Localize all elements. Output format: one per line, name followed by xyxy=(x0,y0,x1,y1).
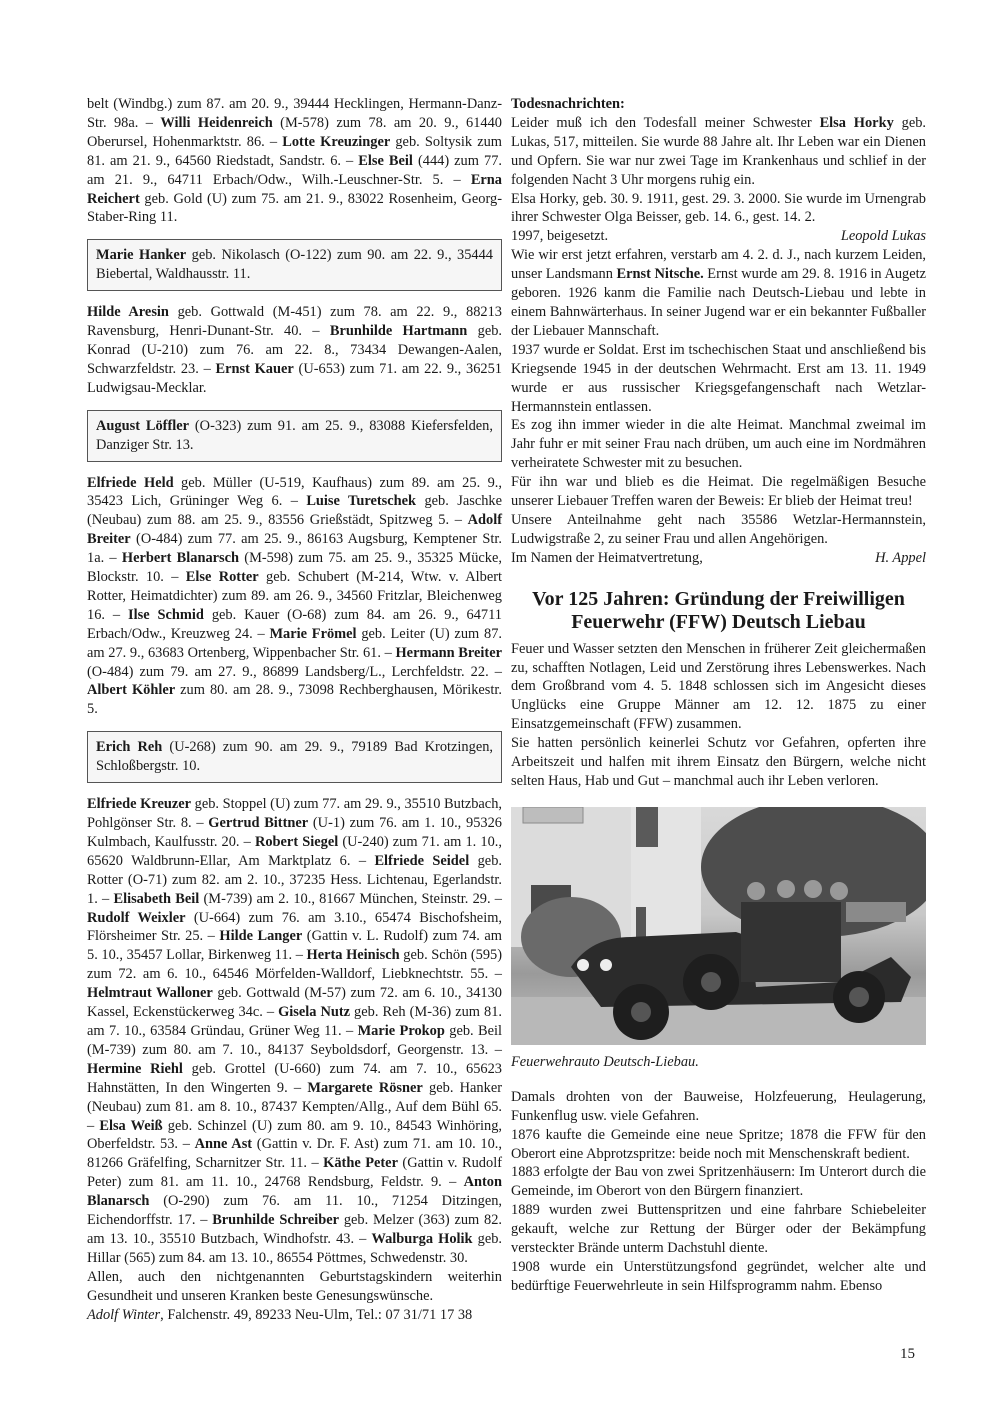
birthday-paragraph-1: belt (Windbg.) zum 87. am 20. 9., 39444 … xyxy=(87,95,502,227)
article-paragraph: Sie hatten persönlich keinerlei Schutz v… xyxy=(511,734,926,791)
person-name: Robert Siegel xyxy=(255,834,338,850)
person-name: Hilde Langer xyxy=(219,928,302,944)
person-name: Elisabeth Beil xyxy=(113,891,199,907)
page-number: 15 xyxy=(900,1346,915,1363)
article-paragraph: Damals drohten von der Bauweise, Holzfeu… xyxy=(511,1088,926,1126)
person-name: Gertrud Bittner xyxy=(208,815,308,831)
person-name: Ernst Kauer xyxy=(216,361,294,377)
jubilee-entry: Marie Hanker geb. Nikolasch (O-122) zum … xyxy=(96,246,493,284)
person-name: August Löffler xyxy=(96,418,189,434)
person-name: Ilse Schmid xyxy=(128,607,204,623)
person-name: Albert Köhler xyxy=(87,682,175,698)
jubilee-box-1: Marie Hanker geb. Nikolasch (O-122) zum … xyxy=(87,239,502,291)
obituary-paragraph: Elsa Horky, geb. 30. 9. 1911, gest. 29. … xyxy=(511,190,926,228)
signature-prefix: Im Namen der Heimatvertretung, xyxy=(511,549,703,568)
person-name: Anne Ast xyxy=(195,1136,252,1152)
fire-truck-illustration xyxy=(511,807,926,1045)
person-name: Herbert Blanarsch xyxy=(122,550,239,566)
person-name: Adolf Breiter xyxy=(87,512,502,547)
fire-truck-photo xyxy=(511,807,926,1045)
person-name: Erich Reh xyxy=(96,739,162,755)
article-paragraph: 1889 wurden zwei Buttenspritzen und eine… xyxy=(511,1201,926,1258)
signature-line: 1997, beigesetzt. Leopold Lukas xyxy=(511,227,926,246)
person-name: Ernst Nitsche. xyxy=(617,266,704,282)
right-column: Todesnachrichten: Leider muß ich den Tod… xyxy=(511,95,926,1296)
signature: H. Appel xyxy=(875,549,926,568)
birthday-paragraph-4: Elfriede Kreuzer geb. Stoppel (U) zum 77… xyxy=(87,795,502,1268)
obituary-paragraph: Für ihn war und blieb es die Heimat. Die… xyxy=(511,473,926,511)
jubilee-entry: August Löffler (O-323) zum 91. am 25. 9.… xyxy=(96,417,493,455)
person-name: Elsa Weiß xyxy=(99,1118,162,1134)
closing-wishes: Allen, auch den nichtgenannten Geburtsta… xyxy=(87,1268,502,1306)
obituaries-heading: Todesnachrichten: xyxy=(511,95,926,114)
person-name: Walburga Holik xyxy=(371,1231,472,1247)
birthday-paragraph-3: Elfriede Held geb. Müller (U-519, Kaufha… xyxy=(87,474,502,720)
person-name: Rudolf Weixler xyxy=(87,910,185,926)
signature: Leopold Lukas xyxy=(841,227,926,246)
person-name: Hermine Riehl xyxy=(87,1061,183,1077)
person-name: Brunhilde Hartmann xyxy=(330,323,467,339)
person-name: Erna Reichert xyxy=(87,172,502,207)
person-name: Elfriede Seidel xyxy=(374,853,469,869)
person-name: Käthe Peter xyxy=(323,1155,398,1171)
obituary-paragraph: Leider muß ich den Todesfall meiner Schw… xyxy=(511,114,926,190)
jubilee-entry: Erich Reh (U-268) zum 90. am 29. 9., 791… xyxy=(96,738,493,776)
obituary-text-end: 1997, beigesetzt. xyxy=(511,227,608,246)
left-column: belt (Windbg.) zum 87. am 20. 9., 39444 … xyxy=(87,95,502,1324)
article-paragraph: 1908 wurde ein Unterstützungsfond gegrün… xyxy=(511,1258,926,1296)
person-name: Luise Turetschek xyxy=(306,493,416,509)
article-paragraph: 1883 erfolgte der Bau von zwei Spritzenh… xyxy=(511,1163,926,1201)
photo-caption: Feuerwehrauto Deutsch-Liebau. xyxy=(511,1053,926,1072)
birthday-paragraph-2: Hilde Aresin geb. Gottwald (M-451) zum 7… xyxy=(87,303,502,398)
article-paragraph: Feuer und Wasser setzten den Menschen in… xyxy=(511,640,926,735)
obituary-paragraph: Es zog ihn immer wieder in die alte Heim… xyxy=(511,416,926,473)
author-name: Adolf Winter xyxy=(87,1307,160,1323)
obituary-paragraph: 1937 wurde er Soldat. Erst im tschechisc… xyxy=(511,341,926,417)
person-name: Elfriede Kreuzer xyxy=(87,796,191,812)
person-name: Marie Prokop xyxy=(358,1023,445,1039)
person-name: Herta Heinisch xyxy=(307,947,400,963)
article-paragraph: 1876 kaufte die Gemeinde eine neue Sprit… xyxy=(511,1126,926,1164)
person-name: Helmtraut Walloner xyxy=(87,985,213,1001)
person-name: Gisela Nutz xyxy=(278,1004,350,1020)
author-signature: Adolf Winter, Falchenstr. 49, 89233 Neu-… xyxy=(87,1306,502,1325)
person-name: Elsa Horky xyxy=(820,115,894,131)
person-name: Margarete Rösner xyxy=(307,1080,422,1096)
author-contact: , Falchenstr. 49, 89233 Neu-Ulm, Tel.: 0… xyxy=(160,1307,472,1323)
jubilee-box-2: August Löffler (O-323) zum 91. am 25. 9.… xyxy=(87,410,502,462)
person-name: Else Beil xyxy=(358,153,413,169)
person-name: Elfriede Held xyxy=(87,475,174,491)
person-name: Hilde Aresin xyxy=(87,304,169,320)
person-name: Marie Hanker xyxy=(96,247,186,263)
person-name: Hermann Breiter xyxy=(395,645,502,661)
person-name: Anton Blanarsch xyxy=(87,1174,502,1209)
person-name: Marie Frömel xyxy=(269,626,356,642)
person-name: Lotte Kreuzinger xyxy=(282,134,390,150)
person-name: Else Rotter xyxy=(186,569,259,585)
signature-line: Im Namen der Heimatvertretung, H. Appel xyxy=(511,549,926,568)
obituary-paragraph: Unsere Anteilnahme geht nach 35586 Wetzl… xyxy=(511,511,926,549)
person-name: Willi Heidenreich xyxy=(160,115,272,131)
person-name: Brunhilde Schreiber xyxy=(212,1212,339,1228)
jubilee-box-3: Erich Reh (U-268) zum 90. am 29. 9., 791… xyxy=(87,731,502,783)
article-title: Vor 125 Jahren: Gründung der Freiwillige… xyxy=(511,588,926,634)
obituary-paragraph: Wie wir erst jetzt erfahren, verstarb am… xyxy=(511,246,926,341)
